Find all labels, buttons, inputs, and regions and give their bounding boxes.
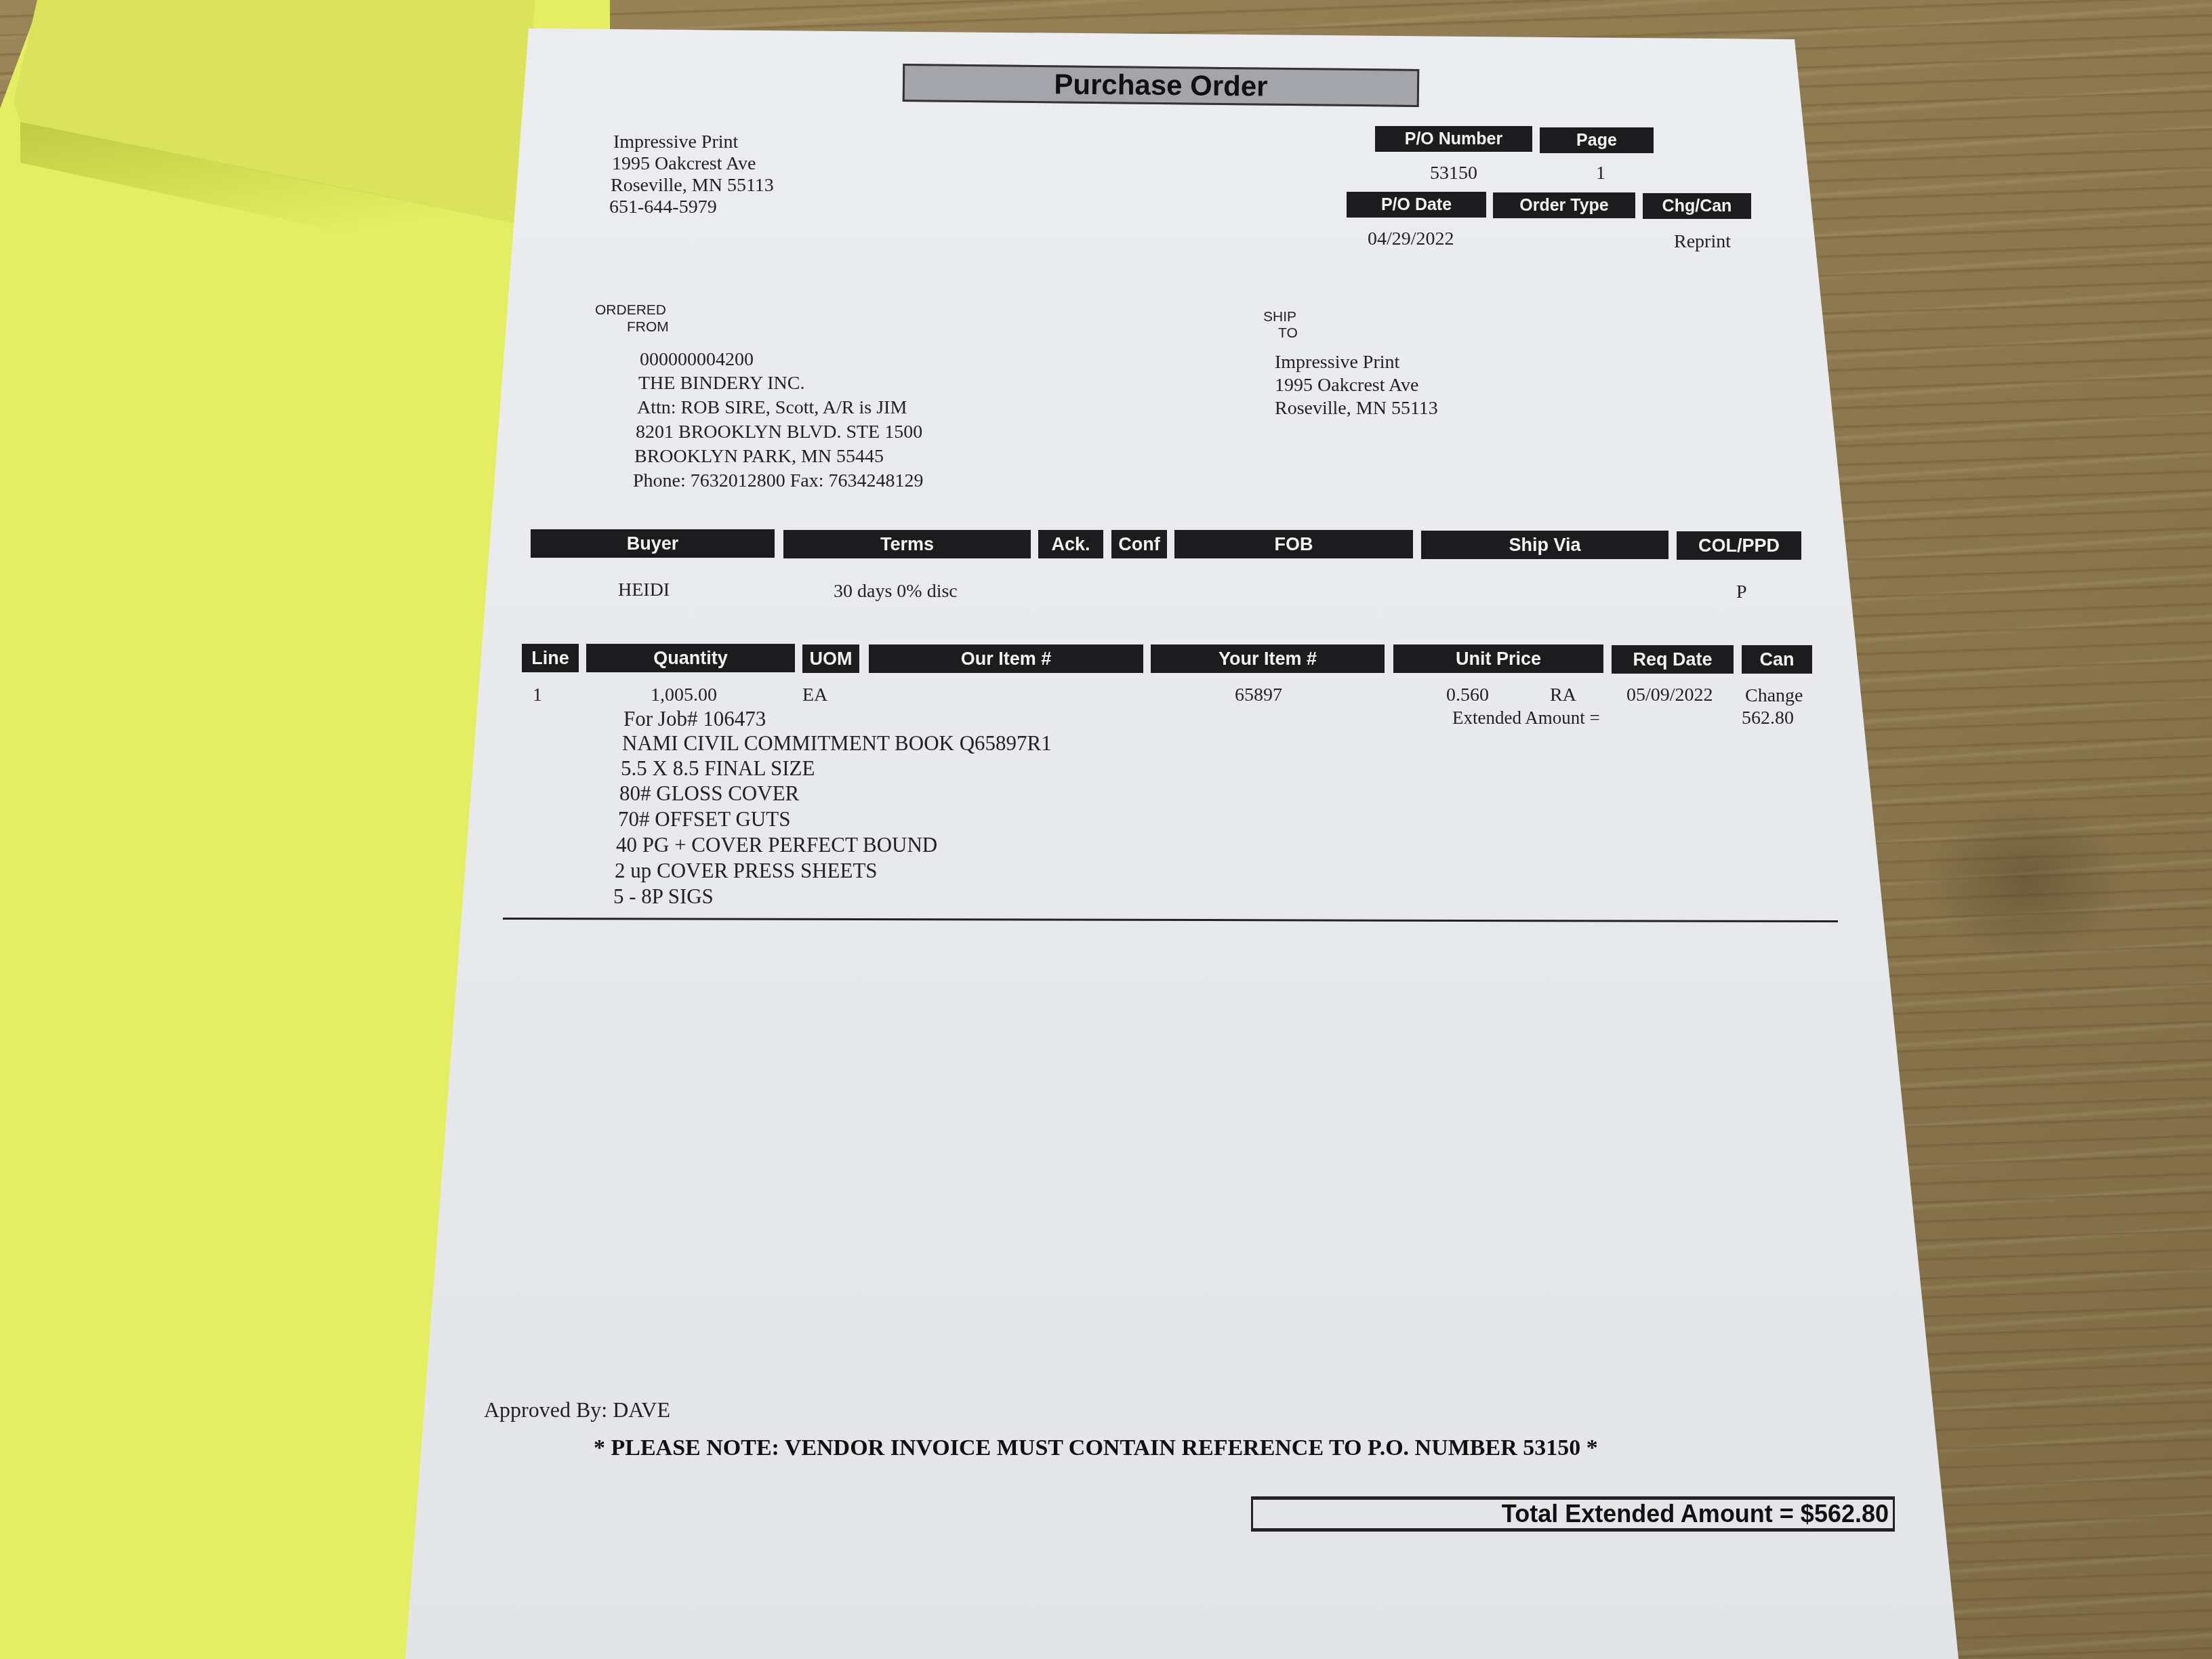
chg-can-value: Reprint [1674, 231, 1731, 253]
company-city: Roseville, MN 55113 [611, 175, 774, 197]
ack-header: Ack. [1038, 530, 1103, 558]
company-name: Impressive Print [613, 131, 738, 153]
quantity-header: Quantity [586, 644, 795, 672]
approved-by: Approved By: DAVE [484, 1397, 670, 1422]
order-type-header: Order Type [1493, 192, 1635, 218]
po-number-value: 53150 [1430, 163, 1477, 184]
description-line: 5.5 X 8.5 FINAL SIZE [621, 756, 815, 781]
can-header: Can [1742, 645, 1812, 674]
vendor-street: 8201 BROOKLYN BLVD. STE 1500 [636, 422, 922, 443]
company-phone: 651-644-5979 [609, 197, 717, 218]
page-value: 1 [1596, 163, 1605, 184]
ship-to-label-1: SHIP [1263, 309, 1296, 325]
line-items-divider [503, 918, 1838, 922]
purchase-order-document: Purchase Order Impressive Print 1995 Oak… [0, 0, 2212, 1659]
req-date-value: 05/09/2022 [1626, 684, 1713, 706]
line-number: 1 [533, 684, 542, 706]
document-title: Purchase Order [903, 64, 1420, 107]
uom-value: EA [802, 684, 827, 706]
ship-to-name: Impressive Print [1275, 352, 1399, 373]
uom-header: UOM [802, 644, 859, 673]
description-line: 2 up COVER PRESS SHEETS [615, 859, 878, 883]
vendor-name: THE BINDERY INC. [638, 373, 805, 394]
unit-price-header: Unit Price [1393, 644, 1603, 673]
ship-via-header: Ship Via [1421, 531, 1668, 559]
ship-to-street: 1995 Oakcrest Ave [1275, 375, 1419, 396]
price-uom-value: RA [1550, 684, 1576, 706]
vendor-id: 000000004200 [640, 349, 754, 371]
description-line: 80# GLOSS COVER [619, 781, 799, 806]
total-extended-amount: Total Extended Amount = $562.80 [1251, 1496, 1895, 1532]
ordered-from-label-1: ORDERED [595, 302, 666, 319]
ordered-from-label-2: FROM [627, 319, 669, 335]
col-ppd-value: P [1736, 581, 1747, 603]
buyer-header: Buyer [531, 529, 775, 558]
vendor-invoice-note: * PLEASE NOTE: VENDOR INVOICE MUST CONTA… [594, 1435, 1598, 1461]
our-item-header: Our Item # [869, 644, 1143, 673]
extended-amount-label: Extended Amount = [1452, 708, 1600, 729]
company-address: 1995 Oakcrest Ave [612, 153, 756, 175]
terms-value: 30 days 0% disc [834, 581, 958, 602]
your-item-value: 65897 [1235, 684, 1282, 706]
po-number-header: P/O Number [1375, 126, 1532, 152]
terms-header: Terms [783, 530, 1031, 558]
conf-header: Conf [1111, 530, 1167, 558]
col-ppd-header: COL/PPD [1677, 531, 1801, 560]
description-line: For Job# 106473 [623, 707, 766, 731]
po-date-header: P/O Date [1347, 192, 1486, 218]
your-item-header: Your Item # [1151, 644, 1385, 673]
ship-to-label-2: TO [1278, 325, 1298, 342]
description-line: 70# OFFSET GUTS [618, 807, 790, 832]
fob-header: FOB [1174, 530, 1413, 558]
vendor-attn: Attn: ROB SIRE, Scott, A/R is JIM [637, 397, 907, 419]
can-value: Change [1745, 685, 1803, 707]
vendor-phone-fax: Phone: 7632012800 Fax: 7634248129 [633, 470, 924, 492]
req-date-header: Req Date [1612, 645, 1734, 674]
ship-to-city: Roseville, MN 55113 [1275, 398, 1438, 419]
description-line: 40 PG + COVER PERFECT BOUND [616, 833, 937, 857]
quantity-value: 1,005.00 [651, 684, 717, 706]
unit-price-value: 0.560 [1446, 684, 1489, 706]
po-date-value: 04/29/2022 [1368, 228, 1454, 250]
buyer-value: HEIDI [618, 579, 670, 601]
chg-can-header: Chg/Can [1643, 193, 1751, 219]
description-line: 5 - 8P SIGS [613, 884, 714, 909]
description-line: NAMI CIVIL COMMITMENT BOOK Q65897R1 [622, 731, 1052, 756]
page-header: Page [1540, 127, 1654, 153]
vendor-city: BROOKLYN PARK, MN 55445 [634, 446, 884, 468]
extended-amount-value: 562.80 [1742, 708, 1794, 729]
line-header: Line [522, 644, 579, 672]
